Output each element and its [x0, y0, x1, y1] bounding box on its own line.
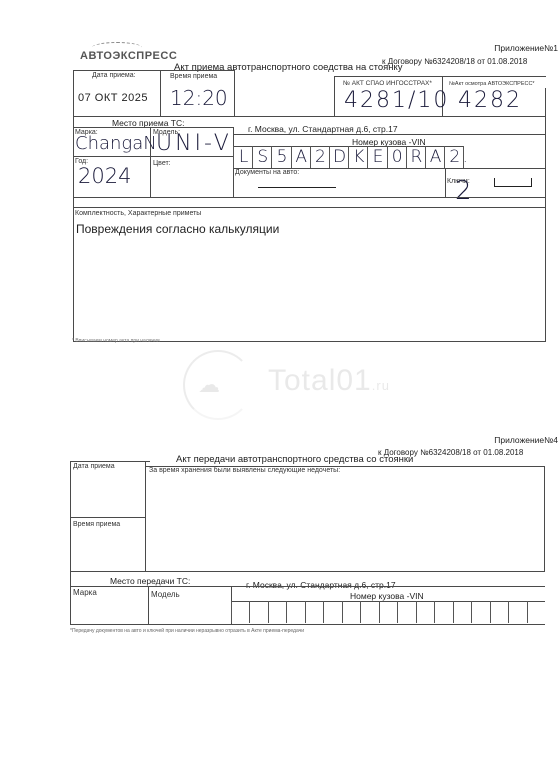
place-value: г. Москва, ул. Стандартная д.6, стр.17	[248, 124, 398, 134]
watermark-text: Total01.ru	[268, 364, 390, 398]
vin-char-box: 0	[387, 146, 407, 168]
vin-char-box: S	[252, 146, 272, 168]
vin-empty-box	[268, 601, 287, 623]
vin-empty-box	[323, 601, 342, 623]
act-ingos-label: № АКТ СПАО ИНГОССТРАХ*	[343, 80, 432, 88]
vin-empty-box	[286, 601, 305, 623]
act4-time-label: Время приема	[73, 521, 120, 529]
model-value: UNI-V	[156, 131, 232, 156]
vin-empty-box	[231, 601, 250, 623]
act-ingos-value: 4281/10	[344, 88, 449, 113]
contract-reference-1: к Договору №6324208/18 от 01.08.2018	[382, 57, 527, 66]
color-label: Цвет:	[153, 160, 171, 168]
date-stamp: 07 ОКТ 2025	[78, 92, 148, 104]
documents-dash	[258, 187, 336, 188]
vin-char-box: 5	[271, 146, 291, 168]
vin-char-box: E	[367, 146, 387, 168]
vin-char-box: L	[233, 146, 253, 168]
act4-vin-label: Номер кузова -VIN	[350, 591, 424, 601]
watermark: ☁ Total01.ru	[180, 350, 410, 420]
year-value: 2024	[78, 164, 131, 188]
act-autoexpress-value: 4282	[458, 88, 522, 113]
vin-empty-box	[508, 601, 527, 623]
vin-trailing-dot: .	[463, 150, 467, 166]
act1-title: Акт приема автотранспортного соедства на…	[174, 62, 403, 73]
vin-char-box: A	[291, 146, 311, 168]
act4-footnote: *Передачу документов на авто и ключей пр…	[70, 627, 304, 635]
act-autoexpress-label: №Акт осмотра АВТОЭКСПРЕСС*	[449, 80, 535, 88]
vin-empty-box	[434, 601, 453, 623]
appendix-4-label: Приложение№4	[494, 435, 558, 445]
act4-place-value: г. Москва, ул. Стандартная д.6, стр.17	[246, 580, 396, 590]
car-cloud-icon: ☁	[198, 372, 220, 398]
appendix-1-label: Приложение№1	[494, 43, 558, 53]
vin-empty-box	[342, 601, 361, 623]
vin-empty-box	[360, 601, 379, 623]
date-label: Дата приема:	[92, 72, 136, 80]
vin-empty-box	[305, 601, 324, 623]
vin-empty-box	[397, 601, 416, 623]
vin-empty-box	[416, 601, 435, 623]
vin-char-box: R	[406, 146, 426, 168]
keys-value: 2	[455, 176, 472, 206]
completeness-value: Повреждения согласно калькуляции	[76, 222, 279, 236]
act4-title: Акт передачи автотранспортного средства …	[176, 454, 413, 465]
company-logo: АВТОЭКСПРЕСС	[80, 50, 177, 62]
brand-value: ChangaN	[75, 133, 157, 154]
act1-footnote: * Вписываем номер акта при наличии	[72, 337, 160, 345]
completeness-label: Комплектность, Характерные приметы	[75, 210, 201, 218]
vin-empty-box	[379, 601, 398, 623]
vin-empty-box	[527, 601, 546, 623]
vin-char-box: A	[425, 146, 445, 168]
vin-char-box: D	[329, 146, 349, 168]
act4-brand-label: Марка	[73, 589, 97, 597]
vin-char-box: 2	[444, 146, 464, 168]
act4-date-label: Дата приема	[73, 463, 115, 471]
vin-char-box: 2	[310, 146, 330, 168]
vin-empty-box	[249, 601, 268, 623]
vin-char-box: K	[348, 146, 368, 168]
act4-place-label: Место передачи ТС:	[110, 576, 190, 586]
act4-model-label: Модель	[151, 591, 180, 599]
documents-label: Документы на авто:	[235, 169, 299, 177]
vin-empty-box	[471, 601, 490, 623]
keys-bracket-mark	[494, 178, 532, 187]
vin-empty-box	[453, 601, 472, 623]
notes-label: За время хранения были выявлены следующи…	[149, 467, 340, 475]
time-label: Время приема	[170, 73, 217, 81]
time-value: 12:20	[170, 86, 228, 110]
vin-empty-box	[490, 601, 509, 623]
